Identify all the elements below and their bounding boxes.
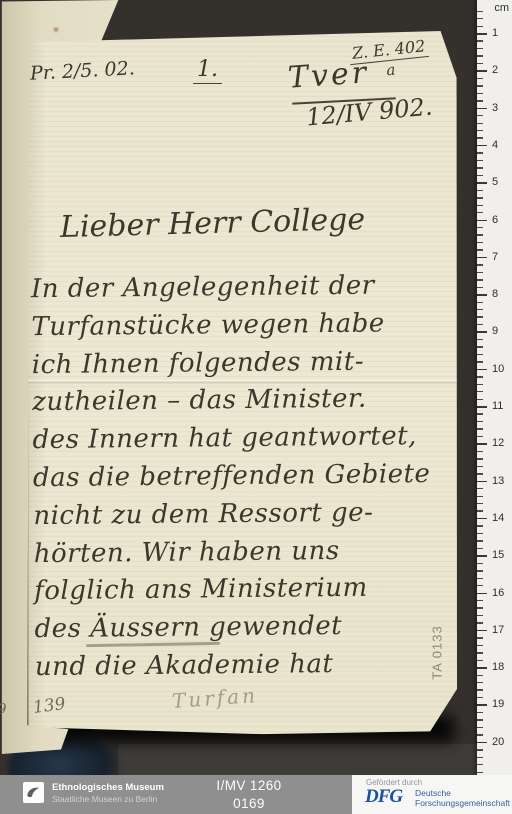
- ruler-major-tick: [477, 630, 487, 632]
- ruler-minor-tick: [477, 421, 483, 422]
- ruler-number: 1: [492, 27, 498, 39]
- ruler-minor-tick: [477, 757, 483, 758]
- ruler-minor-tick: [477, 205, 483, 206]
- ruler-number: 9: [492, 325, 498, 337]
- ruler-number: 20: [492, 736, 504, 748]
- ruler-number: 15: [492, 549, 504, 561]
- ruler-minor-tick: [477, 600, 483, 601]
- ruler-minor-tick: [477, 503, 483, 504]
- ruler-minor-tick: [477, 212, 483, 213]
- ruler-number: 19: [492, 698, 504, 710]
- ruler-major-tick: [477, 33, 487, 35]
- ruler-minor-tick: [477, 48, 483, 49]
- shelfmark: I/MV 1260 0169: [193, 777, 305, 813]
- shelfmark-line2: 0169: [193, 795, 305, 813]
- ruler-major-tick: [477, 406, 487, 408]
- ruler-major-tick: [477, 555, 487, 557]
- ruler-number: 11: [492, 400, 503, 412]
- dfg-logo: DFG: [365, 786, 402, 808]
- ruler-minor-tick: [477, 473, 483, 474]
- ruler-minor-tick: [477, 354, 483, 355]
- ruler-unit-label: cm: [494, 2, 509, 14]
- ruler-minor-tick: [477, 234, 483, 235]
- ruler-minor-tick: [477, 316, 483, 317]
- ruler-minor-tick: [477, 451, 483, 452]
- ruler-minor-tick: [477, 682, 483, 683]
- ruler-minor-tick: [477, 279, 483, 280]
- ruler-major-tick: [477, 369, 487, 371]
- ruler-major-tick: [477, 182, 487, 184]
- ruler-number: 12: [492, 437, 504, 449]
- pencil-vertical-code: TA 0133: [430, 603, 445, 703]
- pencil-edge-fragment: 9: [0, 700, 7, 718]
- letter-body-line: Turfanstücke wegen habe: [31, 308, 385, 342]
- background-mat: [118, 744, 512, 775]
- ruler-minor-tick: [477, 727, 483, 728]
- ruler-minor-tick: [477, 85, 483, 86]
- ruler-minor-tick: [477, 436, 483, 437]
- letter-body-line: des Äussern gewendet: [34, 611, 342, 644]
- ruler-minor-tick: [477, 160, 483, 161]
- ruler-minor-tick: [477, 100, 483, 101]
- letter-page: Pr. 2/5. 02. 1. Tver Z. E. 402 a 12/IV 9…: [24, 31, 457, 737]
- ruler-minor-tick: [477, 324, 483, 325]
- funding-organization: Deutsche Forschungsgemeinschaft: [415, 788, 510, 808]
- ruler-major-tick: [477, 220, 487, 222]
- ruler-minor-tick: [477, 152, 483, 153]
- letter-body-line: das die betreffenden Gebiete: [33, 459, 431, 493]
- ruler-minor-tick: [477, 428, 483, 429]
- ruler-minor-tick: [477, 167, 483, 168]
- pencil-page-number: 139: [32, 694, 67, 718]
- ruler-number: 7: [492, 251, 498, 263]
- ruler-minor-tick: [477, 615, 483, 616]
- ruler-minor-tick: [477, 660, 483, 661]
- ruler-minor-tick: [477, 63, 483, 64]
- ruler-minor-tick: [477, 55, 483, 56]
- ruler-minor-tick: [477, 622, 483, 623]
- ruler-minor-tick: [477, 26, 483, 27]
- ruler-major-tick: [477, 742, 487, 744]
- letter-body-line: des Innern hat geantwortet,: [32, 421, 417, 455]
- ruler-minor-tick: [477, 772, 483, 773]
- ruler-minor-tick: [477, 40, 483, 41]
- ruler-minor-tick: [477, 78, 483, 79]
- archive-footer: Ethnologisches Museum Staatliche Museen …: [0, 775, 512, 814]
- ruler-minor-tick: [477, 391, 483, 392]
- ruler-minor-tick: [477, 384, 483, 385]
- ruler-number: 2: [492, 64, 498, 76]
- ruler-minor-tick: [477, 227, 483, 228]
- ruler-number: 4: [492, 139, 498, 151]
- ruler-minor-tick: [477, 689, 483, 690]
- ruler-minor-tick: [477, 264, 483, 265]
- ruler-minor-tick: [477, 510, 483, 511]
- ruler-minor-tick: [477, 675, 483, 676]
- ruler-minor-tick: [477, 197, 483, 198]
- ruler-minor-tick: [477, 346, 483, 347]
- letter-body-line: und die Akademie hat: [35, 649, 334, 682]
- ruler-major-tick: [477, 294, 487, 296]
- letter-body-line: In der Angelegenheit der: [31, 271, 375, 305]
- ruler-number: 13: [492, 475, 504, 487]
- funding-panel: Gefördert durch DFG Deutsche Forschungsg…: [352, 775, 512, 814]
- ruler-minor-tick: [477, 123, 483, 124]
- museum-name: Ethnologisches Museum: [52, 782, 164, 793]
- ruler-number: 17: [492, 624, 504, 636]
- ruler-minor-tick: [477, 413, 483, 414]
- ruler-minor-tick: [477, 749, 483, 750]
- letter-body-line: folglich ans Ministerium: [34, 573, 368, 606]
- letter-body-line: zutheilen – das Minister.: [32, 384, 367, 418]
- ruler-minor-tick: [477, 302, 483, 303]
- ruler-minor-tick: [477, 585, 483, 586]
- ruler-minor-tick: [477, 563, 483, 564]
- ruler-major-tick: [477, 593, 487, 595]
- letter-body-line: ich Ihnen folgendes mit-: [32, 346, 365, 379]
- ruler-minor-tick: [477, 488, 483, 489]
- ruler-major-tick: [477, 331, 487, 333]
- ruler-minor-tick: [477, 607, 483, 608]
- ruler-number: 16: [492, 587, 504, 599]
- ruler-minor-tick: [477, 175, 483, 176]
- ruler-minor-tick: [477, 11, 483, 12]
- museum-subtitle: Staatliche Museen zu Berlin: [52, 794, 157, 804]
- letter-body-line: nicht zu dem Ressort ge-: [33, 497, 373, 531]
- ruler-number: 3: [492, 102, 498, 114]
- ruler-minor-tick: [477, 466, 483, 467]
- ruler-major-tick: [477, 667, 487, 669]
- ruler-minor-tick: [477, 130, 483, 131]
- ruler-major-tick: [477, 145, 487, 147]
- ruler-number: 10: [492, 363, 504, 375]
- ruler-minor-tick: [477, 458, 483, 459]
- ruler-minor-tick: [477, 719, 483, 720]
- ruler-minor-tick: [477, 578, 483, 579]
- ruler-major-tick: [477, 481, 487, 483]
- ruler-number: 8: [492, 288, 498, 300]
- ruler-minor-tick: [477, 525, 483, 526]
- ruler-minor-tick: [477, 137, 483, 138]
- ruler-minor-tick: [477, 570, 483, 571]
- ruler-number: 5: [492, 176, 498, 188]
- museum-eagle-icon: [23, 782, 44, 803]
- ruler-minor-tick: [477, 645, 483, 646]
- letter-body: In der Angelegenheit derTurfanstücke weg…: [20, 29, 460, 739]
- ruler-minor-tick: [477, 496, 483, 497]
- ruler-minor-tick: [477, 242, 483, 243]
- ruler-minor-tick: [477, 115, 483, 116]
- ruler-minor-tick: [477, 309, 483, 310]
- letter-body-line: hörten. Wir haben uns: [34, 536, 340, 569]
- ruler-minor-tick: [477, 249, 483, 250]
- ruler-major-tick: [477, 108, 487, 110]
- ruler-minor-tick: [477, 272, 483, 273]
- ruler-minor-tick: [477, 399, 483, 400]
- ruler-minor-tick: [477, 190, 483, 191]
- ruler-major-tick: [477, 704, 487, 706]
- ruler-major-tick: [477, 257, 487, 259]
- ruler-major-tick: [477, 518, 487, 520]
- ruler-minor-tick: [477, 18, 483, 19]
- cm-ruler: cm 1234567891011121314151617181920: [477, 0, 512, 775]
- shelfmark-line1: I/MV 1260: [193, 777, 305, 795]
- ruler-minor-tick: [477, 734, 483, 735]
- ruler-minor-tick: [477, 287, 483, 288]
- ruler-minor-tick: [477, 712, 483, 713]
- funding-org-line1: Deutsche: [415, 788, 510, 798]
- ruler-minor-tick: [477, 339, 483, 340]
- scan-viewport: 9 Pr. 2/5. 02. 1. Tver Z. E. 402 a 12/IV…: [0, 0, 512, 814]
- funding-org-line2: Forschungsgemeinschaft: [415, 798, 510, 808]
- ruler-minor-tick: [477, 637, 483, 638]
- ruler-minor-tick: [477, 697, 483, 698]
- ruler-number: 14: [492, 512, 504, 524]
- ruler-number: 18: [492, 661, 504, 673]
- ruler-minor-tick: [477, 548, 483, 549]
- ruler-major-tick: [477, 70, 487, 72]
- paper-stain: [52, 26, 60, 33]
- ruler-minor-tick: [477, 540, 483, 541]
- ruler-number: 6: [492, 214, 498, 226]
- ruler-minor-tick: [477, 93, 483, 94]
- ruler-minor-tick: [477, 764, 483, 765]
- ruler-minor-tick: [477, 533, 483, 534]
- ruler-minor-tick: [477, 376, 483, 377]
- ruler-minor-tick: [477, 361, 483, 362]
- ruler-minor-tick: [477, 652, 483, 653]
- ruler-major-tick: [477, 443, 487, 445]
